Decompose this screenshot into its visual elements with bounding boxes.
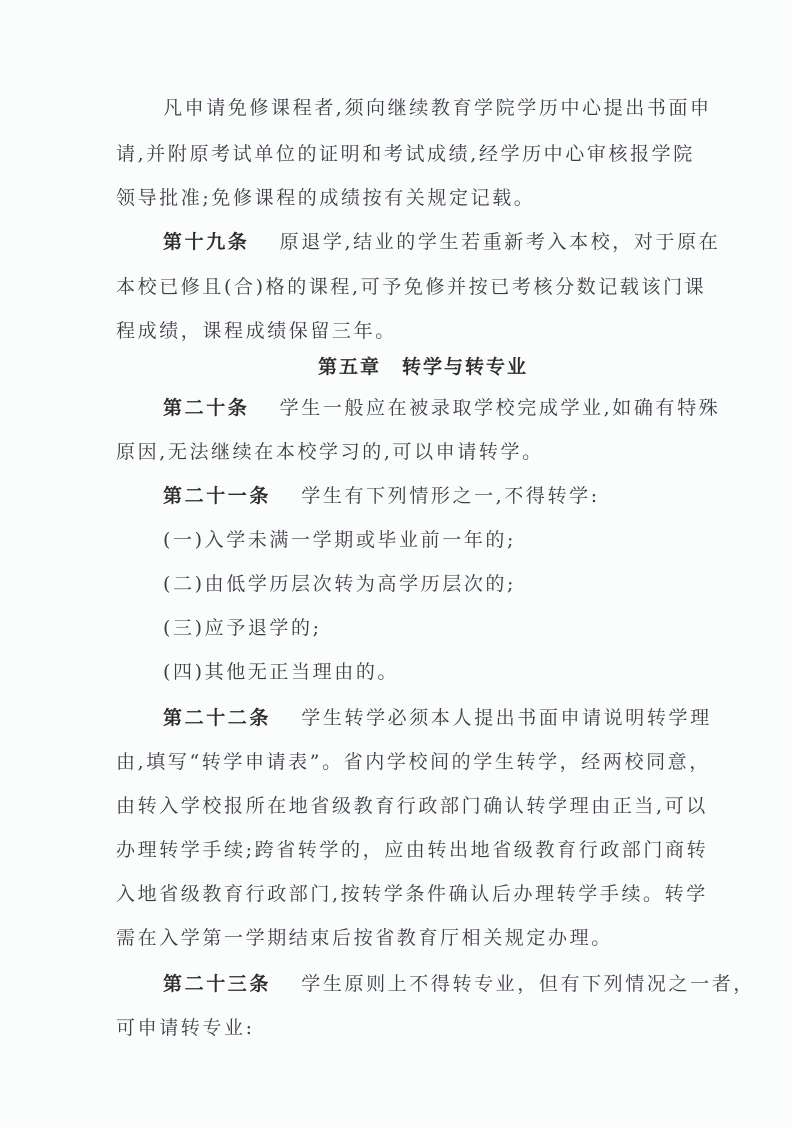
text-line: 原退学,结业的学生若重新考入本校，对于原在 bbox=[280, 231, 721, 253]
chapter-title: 第五章 转学与转专业 bbox=[318, 352, 528, 379]
text-line: 需在入学第一学期结束后按省教育厅相关规定办理。 bbox=[116, 926, 613, 950]
text-line: 本校已修且(合)格的课程,可予免修并按已考核分数记载该门课 bbox=[116, 275, 706, 299]
article-19: 第十九条 原退学,结业的学生若重新考入本校，对于原在 bbox=[163, 230, 720, 254]
text-line: 程成绩，课程成绩保留三年。 bbox=[116, 319, 397, 343]
list-item: (三)应予退学的; bbox=[163, 616, 322, 640]
text-line: 凡申请免修课程者,须向继续教育学院学历中心提出书面申 bbox=[163, 96, 712, 120]
text-line: 学生一般应在被录取学校完成学业,如确有特殊 bbox=[280, 397, 721, 419]
article-heading: 第十九条 bbox=[163, 231, 249, 253]
text-line: 学生转学必须本人提出书面申请说明转学理 bbox=[301, 707, 711, 729]
text-line: 入地省级教育行政部门,按转学条件确认后办理转学手续。转学 bbox=[116, 882, 708, 906]
text-line: 领导批准;免修课程的成绩按有关规定记载。 bbox=[116, 186, 535, 210]
text-line: 办理转学手续;跨省转学的，应由转出地省级教育行政部门商转 bbox=[116, 838, 708, 862]
text-line: 学生有下列情形之一,不得转学: bbox=[301, 485, 599, 507]
article-20: 第二十条 学生一般应在被录取学校完成学业,如确有特殊 bbox=[163, 396, 720, 420]
article-heading: 第二十一条 bbox=[163, 485, 271, 507]
list-item: (一)入学未满一学期或毕业前一年的; bbox=[163, 528, 516, 552]
article-heading: 第二十二条 bbox=[163, 707, 271, 729]
text-line: 由,填写“转学申请表”。省内学校间的学生转学，经两校同意， bbox=[116, 750, 711, 774]
text-line: 由转入学校报所在地省级教育行政部门确认转学理由正当,可以 bbox=[116, 794, 708, 818]
text-line: 可申请转专业: bbox=[116, 1016, 255, 1040]
article-23: 第二十三条 学生原则上不得转专业，但有下列情况之一者， bbox=[163, 972, 755, 996]
article-21: 第二十一条 学生有下列情形之一,不得转学: bbox=[163, 484, 600, 508]
article-heading: 第二十条 bbox=[163, 397, 249, 419]
text-line: 请,并附原考试单位的证明和考试成绩,经学历中心审核报学院 bbox=[116, 142, 695, 166]
text-line: 学生原则上不得转专业，但有下列情况之一者， bbox=[301, 973, 755, 995]
list-item: (四)其他无正当理由的。 bbox=[163, 660, 399, 684]
list-item: (二)由低学历层次转为高学历层次的; bbox=[163, 572, 516, 596]
article-heading: 第二十三条 bbox=[163, 973, 271, 995]
article-22: 第二十二条 学生转学必须本人提出书面申请说明转学理 bbox=[163, 706, 712, 730]
text-line: 原因,无法继续在本校学习的,可以申请转学。 bbox=[116, 440, 544, 464]
